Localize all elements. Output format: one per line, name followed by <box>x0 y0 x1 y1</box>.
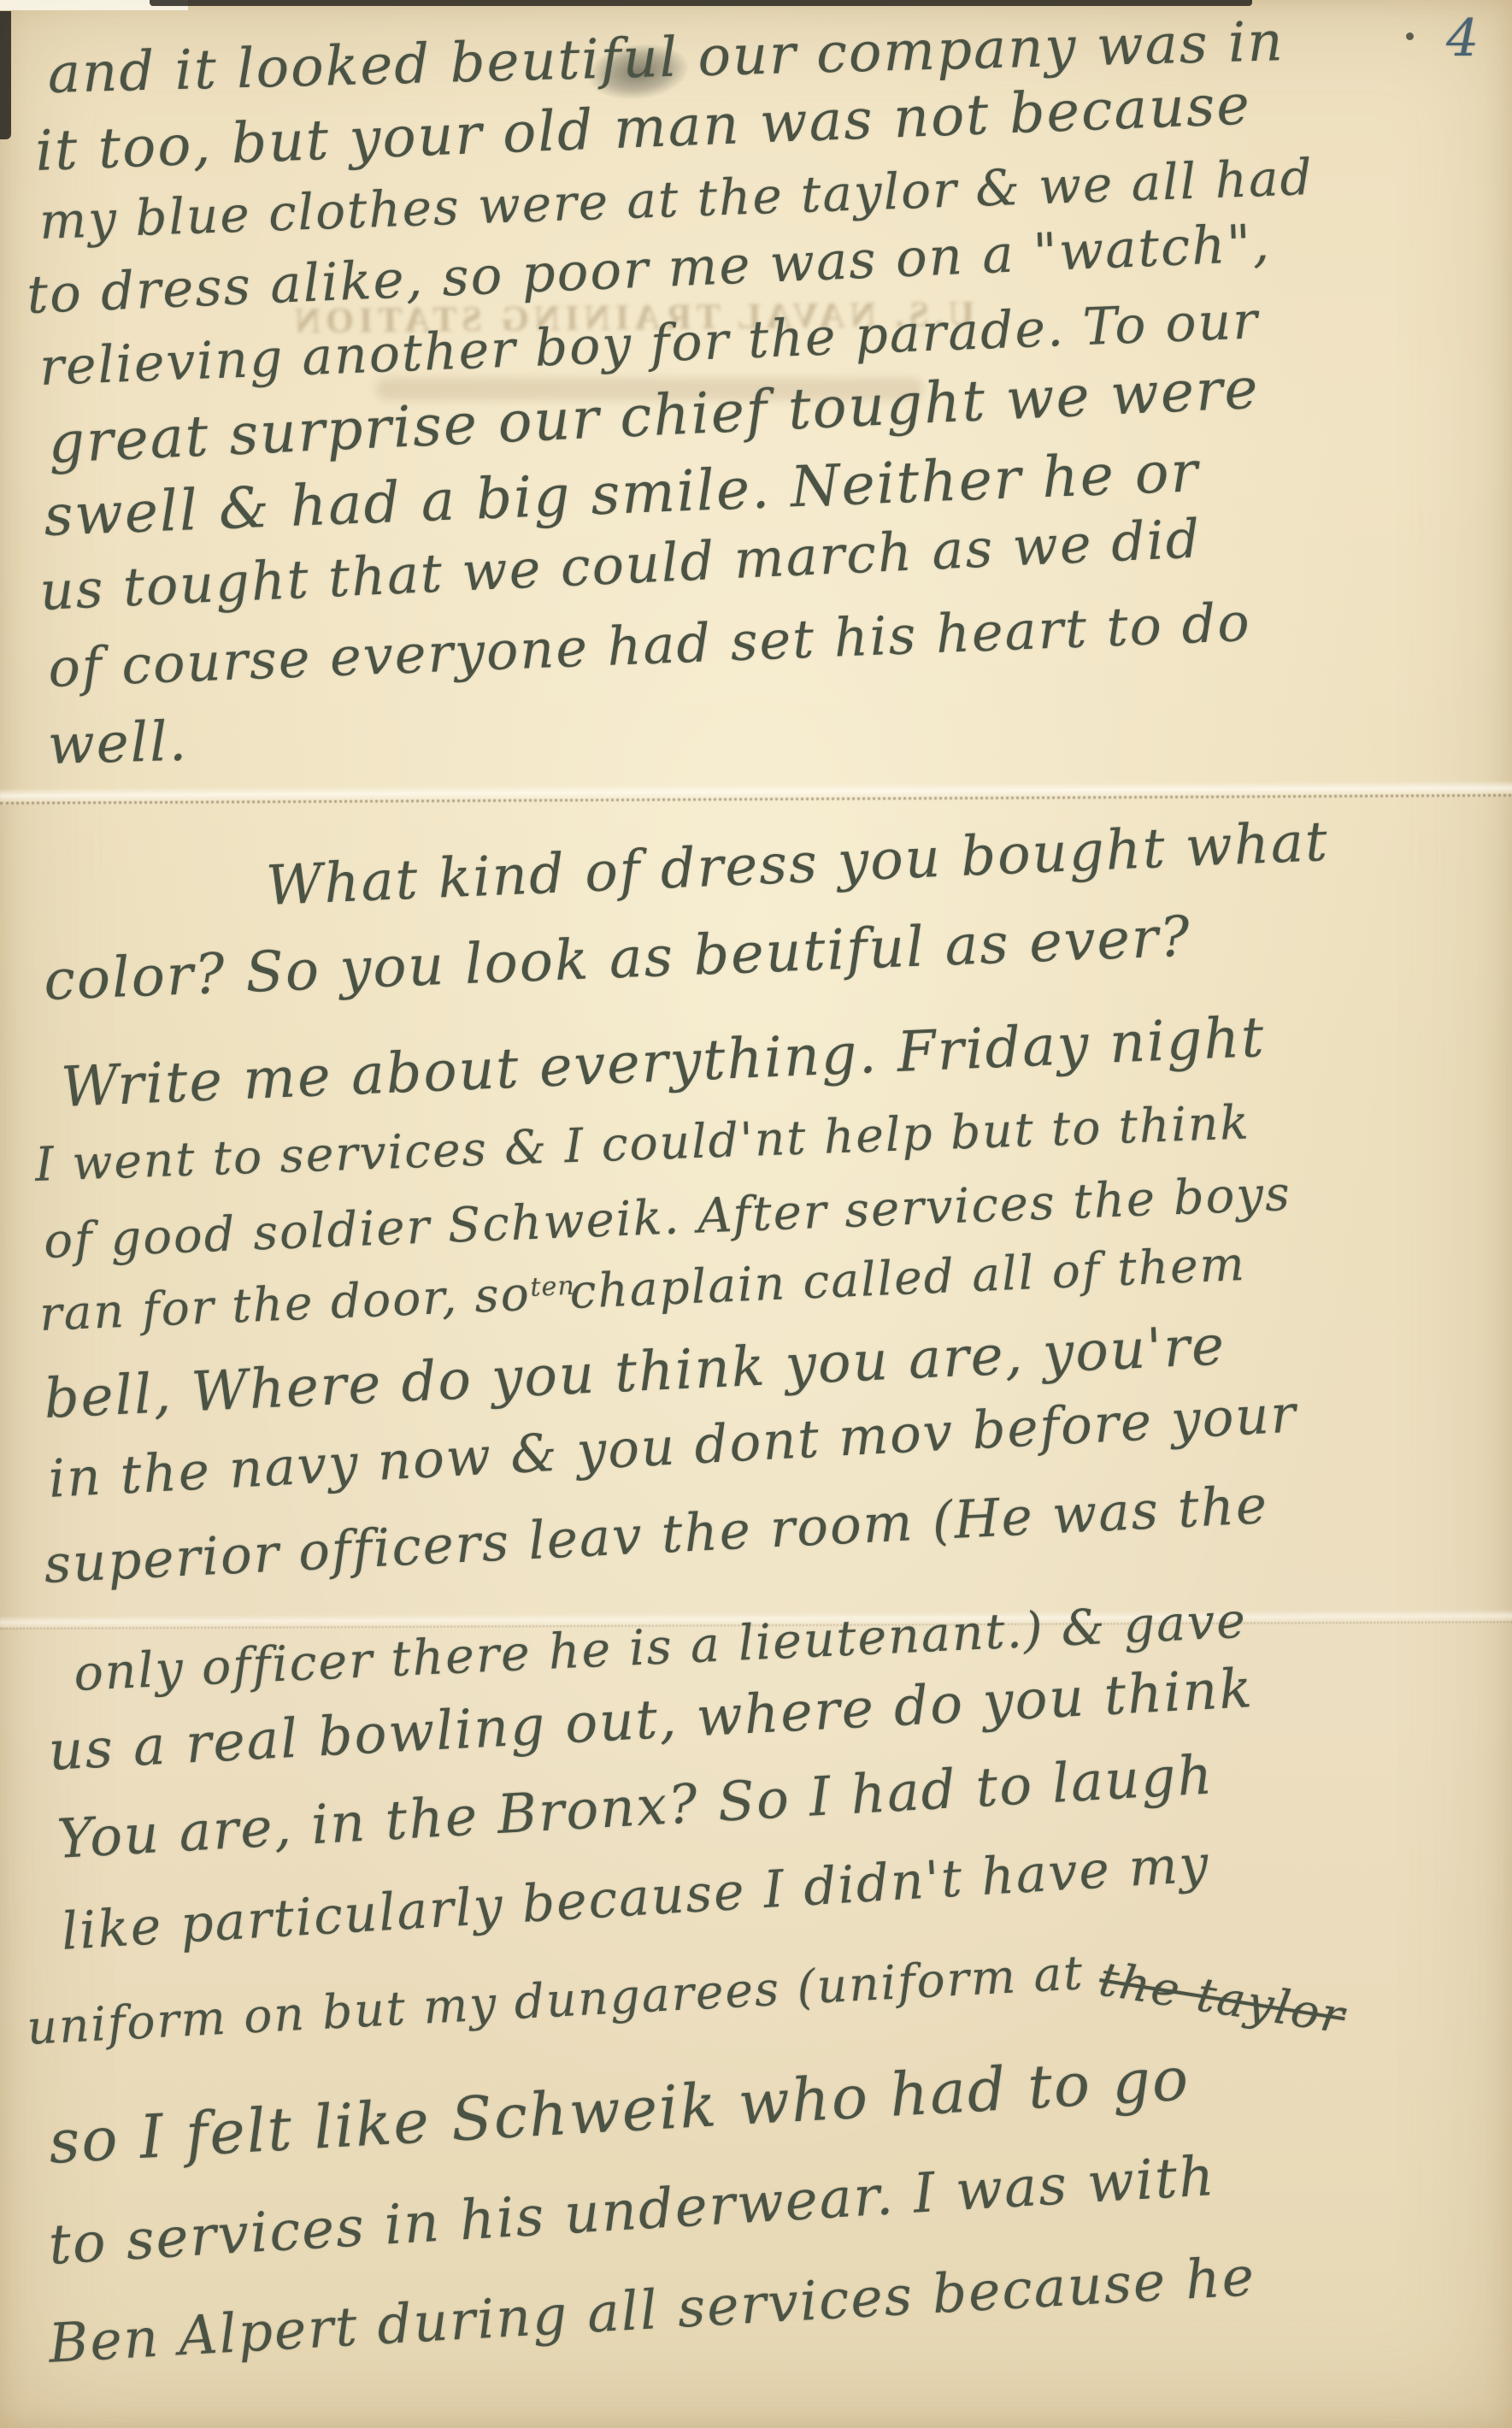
line24-struck-words: the taylor <box>1095 1951 1349 2044</box>
line16-text-pre: ran for the door, so <box>38 1266 532 1341</box>
letter-page: U.S. NAVAL TRAINING STATION 4 and it loo… <box>0 0 1512 2428</box>
line24-text-pre: uniform on but my dungarees (uniform at <box>26 1944 1102 2055</box>
letter-line-12: color? So you look as beutiful as ever? <box>43 905 1192 1013</box>
letter-line-10: well. <box>47 710 189 777</box>
letter-line-11: What kind of dress you bought what <box>265 810 1330 918</box>
line16-text-post: chaplain called all of them <box>568 1236 1247 1319</box>
fold-crease-upper <box>0 781 1512 804</box>
page-number: 4 <box>1446 9 1479 68</box>
scan-edge-top-dark <box>150 0 1252 6</box>
line16-inserted-word: ten <box>530 1271 576 1303</box>
scan-edge-left-dark <box>0 11 11 139</box>
ink-dot <box>1406 32 1414 40</box>
